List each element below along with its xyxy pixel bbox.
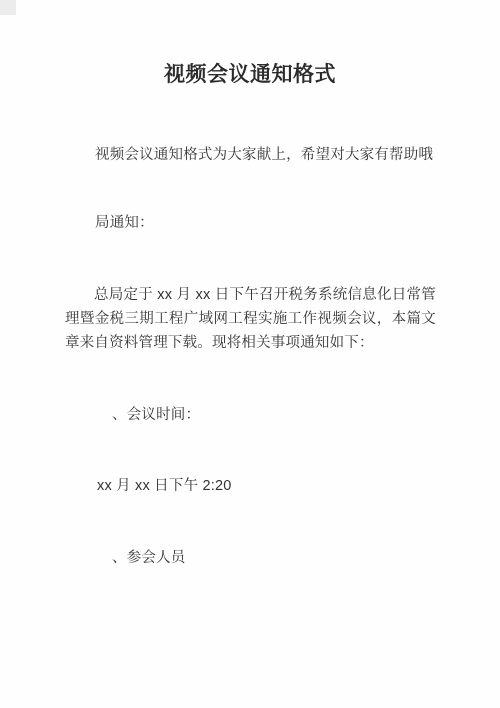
meeting-time-heading: 、会议时间： xyxy=(112,406,200,425)
body-paragraph: 总局定于 xx 月 xx 日下午召开税务系统信息化日常管理暨金税三期工程广域网工… xyxy=(65,283,436,355)
intro-line: 视频会议通知格式为大家献上，希望对大家有帮助哦 xyxy=(95,146,433,165)
document-title: 视频会议通知格式 xyxy=(0,58,500,88)
meeting-time-value: xx 月 xx 日下午 2:20 xyxy=(97,477,232,496)
scan-corner-artifact xyxy=(0,0,16,15)
attendees-heading: 、参会人员 xyxy=(112,549,186,568)
document-page: 视频会议通知格式 视频会议通知格式为大家献上，希望对大家有帮助哦 局通知： 总局… xyxy=(0,0,500,708)
salutation-line: 局通知： xyxy=(95,214,154,233)
